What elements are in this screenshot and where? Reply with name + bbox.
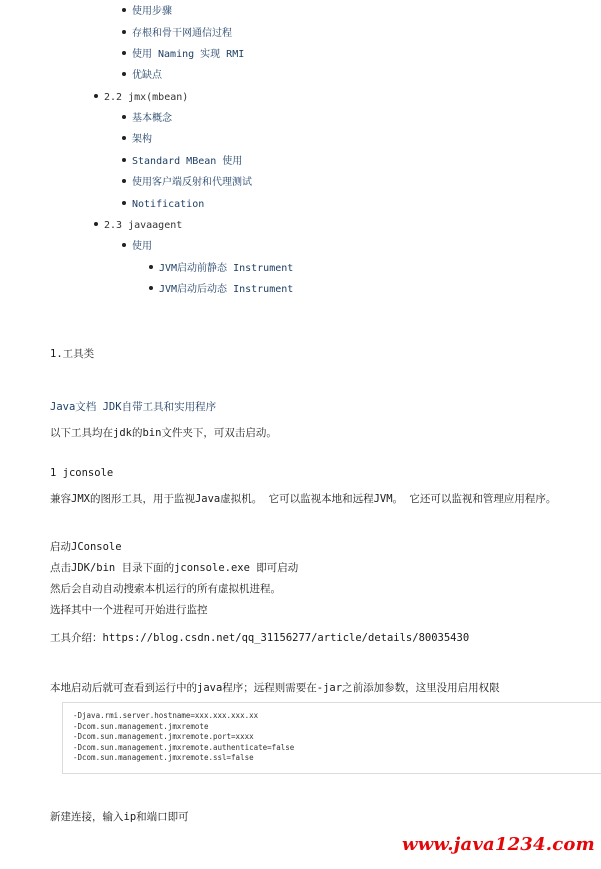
bullet-icon: [122, 158, 126, 162]
bullet-icon: [122, 8, 126, 12]
doc-link[interactable]: Java文档 JDK自带工具和实用程序: [50, 400, 216, 415]
toc-item[interactable]: Standard MBean 使用: [122, 155, 242, 169]
toc-item[interactable]: 优缺点: [122, 69, 162, 83]
code-line: -Dcom.sun.management.jmxremote.port=xxxx: [73, 732, 601, 743]
toc-item[interactable]: 2.3 javaagent: [94, 219, 182, 233]
start-step-1: 点击JDK/bin 目录下面的jconsole.exe 即可启动: [50, 561, 298, 576]
section-heading: 1.工具类: [50, 347, 94, 362]
toc-item[interactable]: 使用客户端反射和代理测试: [122, 176, 252, 190]
code-block: -Djava.rmi.server.hostname=xxx.xxx.xxx.x…: [62, 702, 601, 774]
new-connection-text: 新建连接，输入ip和端口即可: [50, 810, 189, 825]
bullet-icon: [122, 115, 126, 119]
bullet-icon: [122, 201, 126, 205]
toc-item[interactable]: 基本概念: [122, 112, 172, 126]
tool-intro: 工具介绍：https://blog.csdn.net/qq_31156277/a…: [50, 631, 469, 646]
toc-item[interactable]: 架构: [122, 133, 152, 147]
toc-item[interactable]: Notification: [122, 198, 204, 212]
code-line: -Dcom.sun.management.jmxremote.ssl=false: [73, 753, 601, 764]
toc-item[interactable]: 使用 Naming 实现 RMI: [122, 48, 244, 62]
bullet-icon: [94, 222, 98, 226]
toc-item[interactable]: 使用: [122, 240, 152, 254]
bullet-icon: [94, 94, 98, 98]
bullet-icon: [122, 179, 126, 183]
bullet-icon: [122, 30, 126, 34]
jconsole-heading: 1 jconsole: [50, 466, 113, 481]
start-step-3: 选择其中一个进程可开始进行监控: [50, 603, 208, 618]
tool-intro-label: 工具介绍：: [50, 632, 103, 644]
code-line: -Dcom.sun.management.jmxremote: [73, 722, 601, 733]
toc-item[interactable]: JVM启动前静态 Instrument: [149, 262, 293, 276]
bullet-icon: [122, 136, 126, 140]
toc-item[interactable]: JVM启动后动态 Instrument: [149, 283, 293, 297]
remote-note: 本地启动后就可查看到运行中的java程序；远程则需要在-jar之前添加参数，这里…: [50, 681, 500, 696]
watermark: www.java1234.com: [402, 834, 595, 855]
bullet-icon: [149, 286, 153, 290]
intro-text: 以下工具均在jdk的bin文件夹下，可双击启动。: [50, 426, 277, 441]
bullet-icon: [149, 265, 153, 269]
bullet-icon: [122, 51, 126, 55]
start-step-2: 然后会自动自动搜索本机运行的所有虚拟机进程。: [50, 582, 281, 597]
tool-intro-url[interactable]: https://blog.csdn.net/qq_31156277/articl…: [103, 632, 470, 644]
toc-item[interactable]: 使用步骤: [122, 5, 172, 19]
toc-item[interactable]: 2.2 jmx(mbean): [94, 91, 188, 105]
jconsole-description: 兼容JMX的图形工具，用于监视Java虚拟机。 它可以监视本地和远程JVM。 它…: [50, 492, 556, 507]
bullet-icon: [122, 243, 126, 247]
bullet-icon: [122, 72, 126, 76]
start-heading: 启动JConsole: [50, 540, 122, 555]
code-line: -Djava.rmi.server.hostname=xxx.xxx.xxx.x…: [73, 711, 601, 722]
code-line: -Dcom.sun.management.jmxremote.authentic…: [73, 743, 601, 754]
toc-item[interactable]: 存根和骨干网通信过程: [122, 27, 232, 41]
